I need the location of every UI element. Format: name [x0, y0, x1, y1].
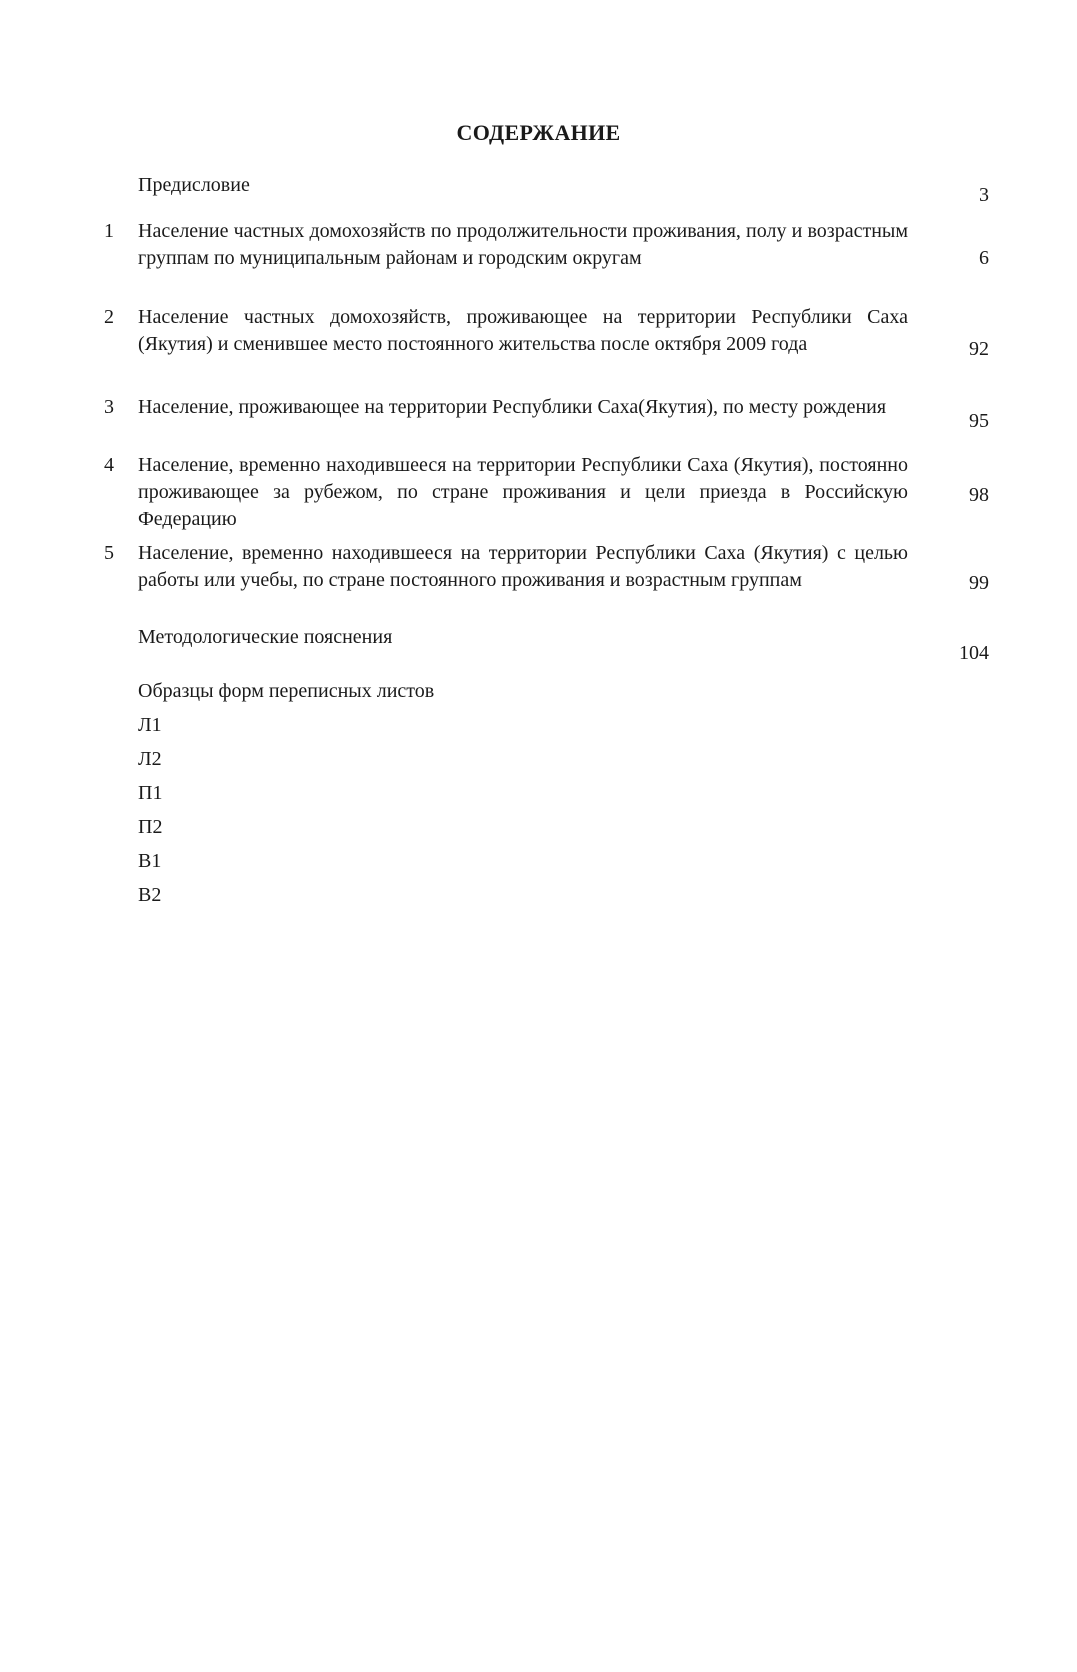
- toc-entry-number: 1: [104, 218, 114, 245]
- toc-entry-number: 3: [104, 394, 114, 421]
- toc-entry-title: Методологические пояснения: [138, 624, 908, 651]
- toc-entry-page: 6: [979, 245, 989, 272]
- form-item: П2: [138, 814, 162, 841]
- toc-entry-page: 3: [979, 182, 989, 209]
- form-item: В1: [138, 848, 161, 875]
- toc-entry-number: 2: [104, 304, 114, 331]
- toc-entry-page: 99: [969, 570, 989, 597]
- toc-entry-page: 104: [959, 640, 989, 667]
- form-item: В2: [138, 882, 161, 909]
- toc-entry-title: Предисловие: [138, 172, 908, 199]
- toc-entry-title: Население частных домохозяйств, проживаю…: [138, 304, 908, 358]
- toc-entry-page: 92: [969, 336, 989, 363]
- toc-entry-title: Население, проживающее на территории Рес…: [138, 394, 908, 421]
- form-item: Л1: [138, 712, 162, 739]
- toc-entry-page: 95: [969, 408, 989, 435]
- page-title: СОДЕРЖАНИЕ: [0, 120, 1077, 146]
- form-item: П1: [138, 780, 162, 807]
- toc-entry-title: Население частных домохозяйств по продол…: [138, 218, 908, 272]
- toc-entry-title: Население, временно находившееся на терр…: [138, 540, 908, 594]
- toc-entry-number: 4: [104, 452, 114, 479]
- forms-heading: Образцы форм переписных листов: [138, 678, 434, 705]
- toc-entry-title: Население, временно находившееся на терр…: [138, 452, 908, 533]
- form-item: Л2: [138, 746, 162, 773]
- toc-entry-page: 98: [969, 482, 989, 509]
- toc-entry-number: 5: [104, 540, 114, 567]
